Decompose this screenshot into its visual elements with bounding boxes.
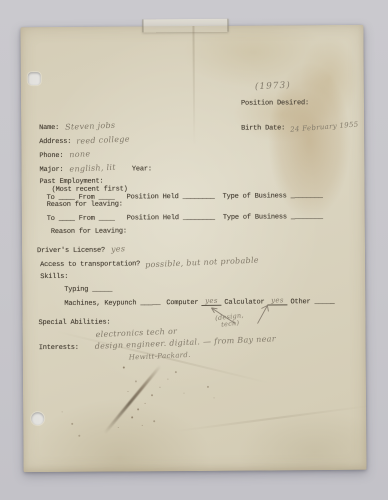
drivers-license-row: Driver's License? yes	[37, 245, 125, 255]
transportation-label: Access to transportation?	[40, 260, 140, 269]
transportation-value: possible, but not probable	[145, 257, 259, 270]
reason-leaving-row-2: Reason for Leaving:	[51, 227, 127, 236]
phone-label: Phone:	[39, 152, 63, 160]
smudge-streak	[103, 365, 161, 435]
address-label: Address:	[39, 138, 71, 146]
transportation-row: Access to transportation? possible, but …	[40, 259, 259, 270]
punch-hole-bottom	[31, 412, 44, 425]
major-value: english, lit	[69, 164, 116, 174]
typing-row: Typing _____	[64, 286, 112, 294]
interests-value-row-2: Hewitt-Packard.	[129, 352, 191, 360]
employment-row-2: To ____ From ____ Position Held ________…	[47, 213, 323, 223]
fold-crease-vertical	[192, 26, 195, 146]
phone-row: Phone: none	[39, 151, 90, 160]
skills-heading: Skills:	[40, 273, 68, 281]
major-row: Major: english, lit Year:	[39, 164, 151, 174]
typing-label: Typing _____	[64, 286, 112, 294]
year-note: (1973)	[255, 82, 291, 91]
photo-background: (1973) Position Desired: Name: Steven jo…	[0, 0, 388, 500]
position-desired-label: Position Desired:	[241, 99, 309, 107]
skills-heading-row: Skills:	[40, 273, 68, 281]
employment-row-2-text: To ____ From ____ Position Held ________…	[47, 213, 323, 223]
interests-label: Interests:	[39, 344, 79, 352]
major-label: Major:	[39, 166, 63, 174]
drivers-license-label: Driver's License?	[37, 247, 105, 255]
other-label: Other _____	[290, 298, 334, 306]
birth-date-value: 24 February 1955	[290, 120, 359, 133]
name-row: Name: Steven jobs	[39, 123, 115, 133]
reason-leaving-row-1: Reason for leaving:	[47, 200, 123, 209]
ink-speckles	[123, 366, 125, 368]
name-label: Name:	[39, 124, 59, 132]
birth-date-row: Birth Date: 24 February 1955	[241, 123, 358, 133]
year-label: Year:	[132, 165, 152, 173]
address-value: reed college	[76, 136, 130, 146]
drivers-license-value: yes	[111, 245, 126, 254]
position-desired-row: Position Desired:	[241, 99, 309, 107]
birth-date-label: Birth Date:	[241, 124, 285, 132]
design-tech-note-line2: tech)	[216, 319, 245, 329]
special-abilities-label: Special Abilities:	[38, 319, 110, 328]
design-tech-note: (design, tech)	[215, 312, 245, 329]
machines-keypunch-label: Machines, Keypunch _____	[64, 299, 160, 308]
phone-value: none	[69, 150, 90, 159]
reason-leaving-1: Reason for leaving:	[47, 200, 123, 209]
interests-row: Interests:	[39, 344, 79, 352]
special-abilities-value: electronics tech or	[95, 328, 177, 339]
address-row: Address: reed college	[39, 136, 130, 146]
reason-leaving-2: Reason for Leaving:	[51, 227, 127, 236]
interests-value-line2: Hewitt-Packard.	[129, 351, 191, 362]
special-abilities-value-row: electronics tech or	[96, 329, 178, 338]
name-value: Steven jobs	[65, 122, 115, 132]
application-paper: (1973) Position Desired: Name: Steven jo…	[20, 25, 366, 472]
year-note-row: (1973)	[255, 82, 291, 90]
punch-hole-top	[28, 72, 41, 85]
fold-crease-diagonal-2	[174, 405, 373, 433]
interests-value-row-1: design engineer. digital. — from Bay nea…	[95, 338, 276, 347]
tape-strip	[142, 19, 228, 33]
special-abilities-row: Special Abilities:	[38, 319, 110, 328]
computer-label: Computer	[166, 299, 198, 307]
